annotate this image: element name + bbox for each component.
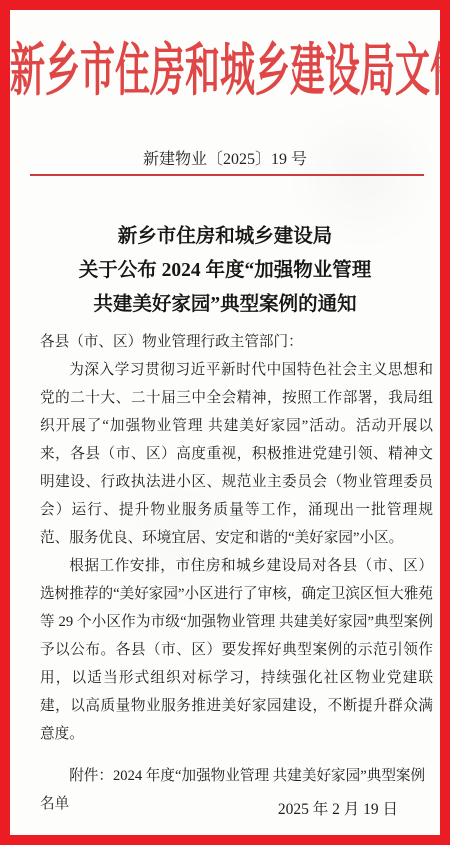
title-line-3: 共建美好家园”典型案例的通知 [20, 288, 430, 322]
document-page: 新乡市住房和城乡建设局文件 新建物业〔2025〕19 号 新乡市住房和城乡建设局… [0, 0, 450, 845]
document-title: 新乡市住房和城乡建设局 关于公布 2024 年度“加强物业管理 共建美好家园”典… [20, 220, 430, 322]
title-line-2: 关于公布 2024 年度“加强物业管理 [20, 254, 430, 288]
issue-date: 2025 年 2 月 19 日 [278, 798, 398, 822]
document-body: 各县（市、区）物业管理行政主管部门： 为深入学习贯彻习近平新时代中国特色社会主义… [40, 328, 433, 818]
salutation: 各县（市、区）物业管理行政主管部门： [40, 328, 433, 356]
body-paragraph-2: 根据工作安排，市住房和城乡建设局对各县（市、区）选树推荐的“美好家园”小区进行了… [40, 552, 433, 748]
title-line-1: 新乡市住房和城乡建设局 [20, 220, 430, 254]
agency-banner: 新乡市住房和城乡建设局文件 [10, 41, 440, 103]
red-separator-line [30, 174, 424, 176]
doc-number: 新建物业〔2025〕19 号 [10, 148, 440, 172]
body-paragraph-1: 为深入学习贯彻习近平新时代中国特色社会主义思想和党的二十大、二十届三中全会精神，… [40, 356, 433, 552]
